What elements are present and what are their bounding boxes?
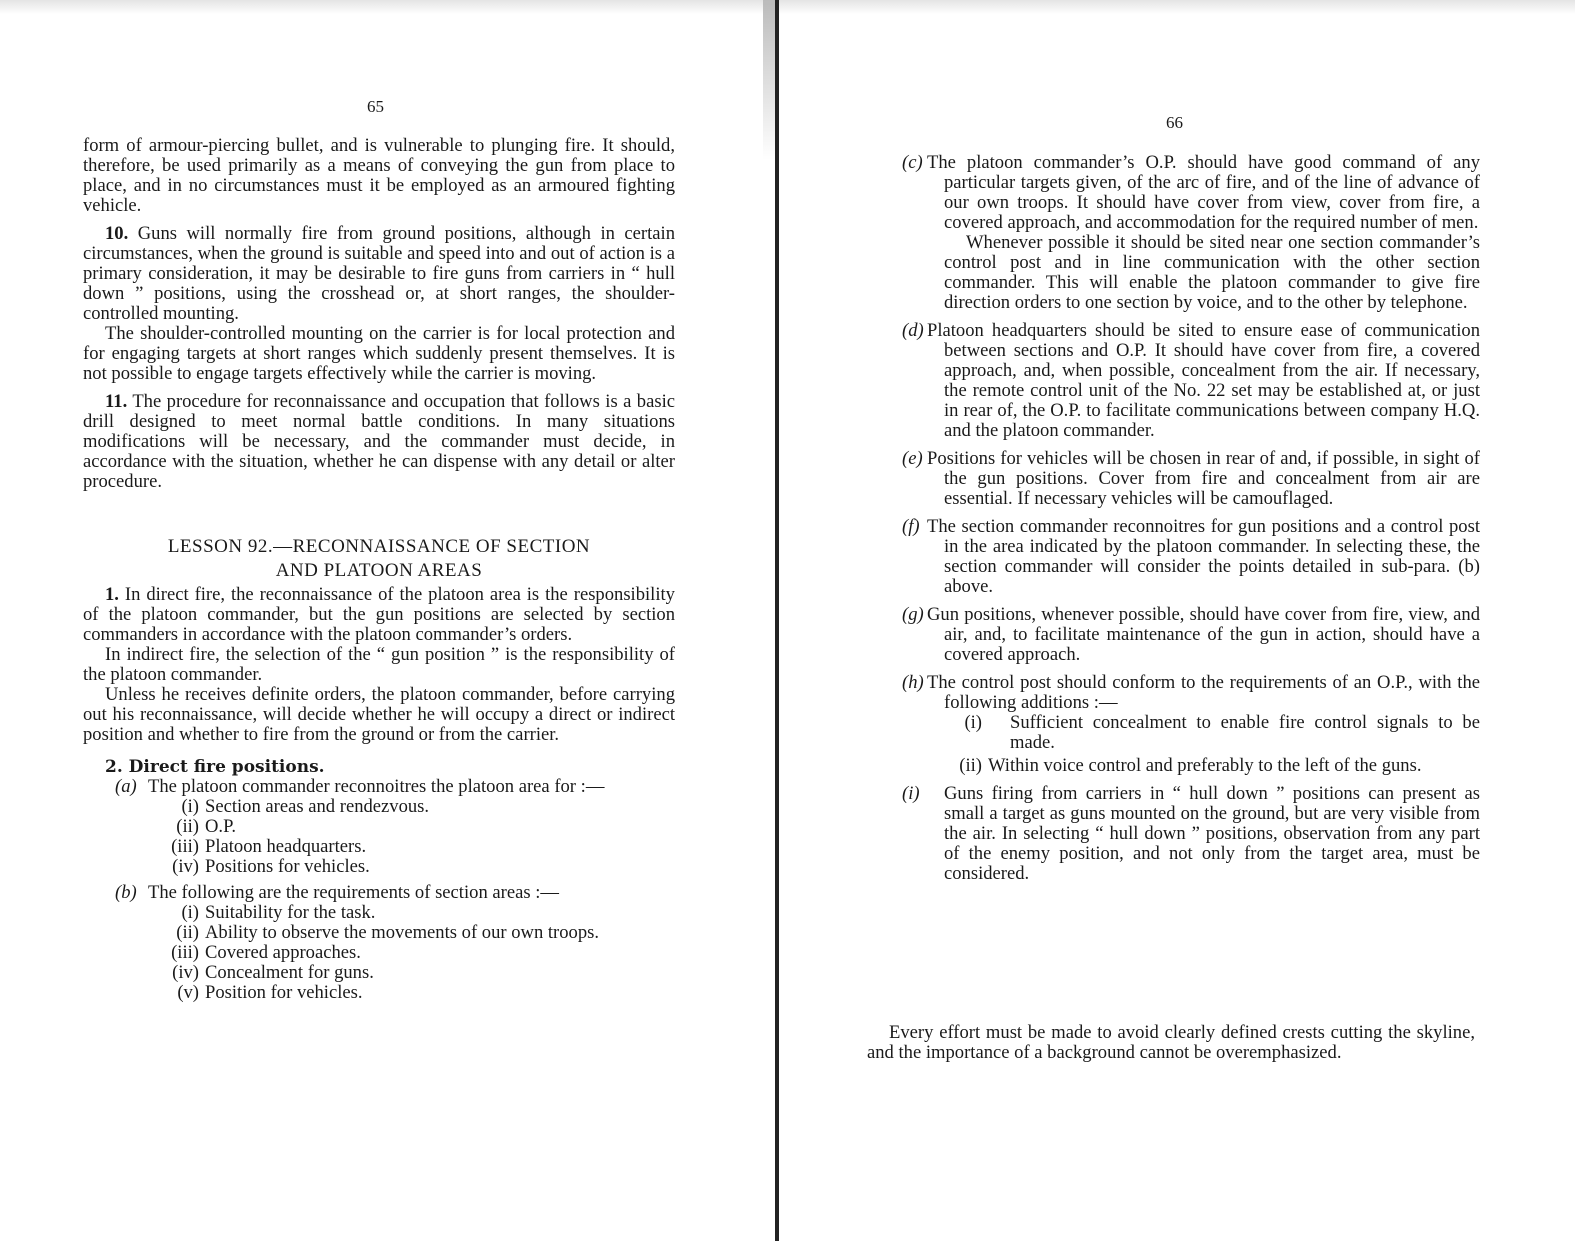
item-text: The control post should conform to the r… xyxy=(927,673,1480,713)
sub-num: (v) xyxy=(165,983,199,1003)
item-label: (i) xyxy=(902,784,920,804)
item-text: Positions for vehicles will be chosen in… xyxy=(927,449,1480,509)
item-text: The platoon commander reconnoitres the p… xyxy=(148,776,604,797)
sub-num: (i) xyxy=(165,797,199,817)
paragraph-text: In direct fire, the reconnaissance of th… xyxy=(83,584,675,645)
book-spine xyxy=(775,0,779,1241)
item-label: (f) xyxy=(902,517,920,537)
sub-text: Suitability for the task. xyxy=(205,902,375,923)
item-label: (g) xyxy=(902,605,924,625)
paragraph-text: Guns will normally fire from ground posi… xyxy=(83,223,675,324)
sub-num: (iii) xyxy=(165,943,199,963)
item-text: Whenever possible it should be sited nea… xyxy=(944,233,1480,313)
sublist-item: (iii)Covered approaches. xyxy=(165,943,675,963)
closing-paragraph: Every effort must be made to avoid clear… xyxy=(867,1023,1475,1063)
sub-text: Ability to observe the movements of our … xyxy=(205,922,599,943)
closing-paragraph-wrap: Every effort must be made to avoid clear… xyxy=(867,1023,1475,1063)
sub-num: (iii) xyxy=(165,837,199,857)
lesson-heading: LESSON 92.—RECONNAISSANCE OF SECTION AND… xyxy=(83,535,675,583)
paragraph-number: 10. xyxy=(105,223,128,244)
paragraph-1b: In indirect fire, the selection of the “… xyxy=(83,645,675,685)
sub-text: O.P. xyxy=(205,816,236,837)
item-text: Guns firing from carriers in “ hull down… xyxy=(944,784,1480,884)
sub-num: (iv) xyxy=(165,963,199,983)
sub-text: Within voice control and preferably to t… xyxy=(988,756,1480,776)
right-page-body: (c) The platoon commander’s O.P. should … xyxy=(906,153,1480,892)
left-page: 65 form of armour-piercing bullet, and i… xyxy=(0,0,777,1241)
item-text: The section commander reconnoitres for g… xyxy=(927,517,1480,597)
sub-text: Covered approaches. xyxy=(205,942,361,963)
left-page-body: form of armour-piercing bullet, and is v… xyxy=(83,136,675,492)
sub-text: Platoon headquarters. xyxy=(205,836,366,857)
list-item-i: (i) Guns firing from carriers in “ hull … xyxy=(906,784,1480,884)
section-heading: 2. Direct fire positions. xyxy=(83,757,675,777)
lesson-heading-line: AND PLATOON AREAS xyxy=(83,559,675,583)
paragraph-10b: The shoulder-controlled mounting on the … xyxy=(83,324,675,384)
list-item-e: (e) Positions for vehicles will be chose… xyxy=(906,449,1480,509)
paragraph-text: The procedure for reconnaissance and occ… xyxy=(83,391,675,492)
right-page: 66 (c) The platoon commander’s O.P. shou… xyxy=(780,0,1575,1241)
sublist-item: (iv)Positions for vehicles. xyxy=(165,857,675,877)
sublist-a: (i)Section areas and rendezvous. (ii)O.P… xyxy=(165,797,675,877)
list-item-c: (c) The platoon commander’s O.P. should … xyxy=(906,153,1480,313)
sub-text: Sufficient concealment to enable fire co… xyxy=(988,713,1480,753)
list-item-h: (h) The control post should conform to t… xyxy=(906,673,1480,776)
paragraph-number: 11. xyxy=(105,391,127,412)
lesson-body: 1. In direct fire, the reconnaissance of… xyxy=(83,585,675,1003)
sub-num: (ii) xyxy=(165,817,199,837)
item-text: Platoon headquarters should be sited to … xyxy=(927,321,1480,441)
lesson-heading-line: LESSON 92.—RECONNAISSANCE OF SECTION xyxy=(83,535,675,559)
sublist-item: (ii)Within voice control and preferably … xyxy=(954,756,1480,776)
item-text: The platoon commander’s O.P. should have… xyxy=(927,153,1480,233)
list-item-d: (d) Platoon headquarters should be sited… xyxy=(906,321,1480,441)
sub-num: (ii) xyxy=(165,923,199,943)
list-item-g: (g) Gun positions, whenever possible, sh… xyxy=(906,605,1480,665)
sub-num: (iv) xyxy=(165,857,199,877)
item-label: (c) xyxy=(902,153,923,173)
sublist-item: (v)Position for vehicles. xyxy=(165,983,675,1003)
paragraph-11: 11. The procedure for reconnaissance and… xyxy=(83,392,675,492)
paragraph-number: 1. xyxy=(105,584,119,605)
item-text: The following are the requirements of se… xyxy=(148,882,559,903)
paragraph-1c: Unless he receives definite orders, the … xyxy=(83,685,675,745)
item-label: (e) xyxy=(902,449,923,469)
item-label: (d) xyxy=(902,321,924,341)
sublist-item: (iii)Platoon headquarters. xyxy=(165,837,675,857)
sub-text: Section areas and rendezvous. xyxy=(205,796,429,817)
sub-num: (ii) xyxy=(954,756,982,776)
item-label: (h) xyxy=(902,673,924,693)
sublist-item: (ii)Ability to observe the movements of … xyxy=(165,923,675,943)
paragraph-10: 10. Guns will normally fire from ground … xyxy=(83,224,675,324)
sublist-h: (i)Sufficient concealment to enable fire… xyxy=(954,713,1480,776)
sub-text: Position for vehicles. xyxy=(205,982,363,1003)
sub-text: Positions for vehicles. xyxy=(205,856,370,877)
sublist-item: (ii)O.P. xyxy=(165,817,675,837)
sublist-item: (i)Suitability for the task. xyxy=(165,903,675,923)
item-label: (b) xyxy=(115,883,137,903)
sub-num: (i) xyxy=(954,713,982,733)
list-item-f: (f) The section commander reconnoitres f… xyxy=(906,517,1480,597)
sublist-item: (i)Sufficient concealment to enable fire… xyxy=(954,713,1480,753)
item-label: (a) xyxy=(115,777,137,797)
sublist-item: (iv)Concealment for guns. xyxy=(165,963,675,983)
sub-text: Concealment for guns. xyxy=(205,962,374,983)
list-item-a: (a) The platoon commander reconnoitres t… xyxy=(115,777,675,797)
list-item-b: (b) The following are the requirements o… xyxy=(115,883,675,903)
item-text: Gun positions, whenever possible, should… xyxy=(927,605,1480,665)
sublist-item: (i)Section areas and rendezvous. xyxy=(165,797,675,817)
page-number: 65 xyxy=(367,97,384,117)
paragraph-1: 1. In direct fire, the reconnaissance of… xyxy=(83,585,675,645)
sub-num: (i) xyxy=(165,903,199,923)
paragraph-continued: form of armour-piercing bullet, and is v… xyxy=(83,136,675,216)
sublist-b: (i)Suitability for the task. (ii)Ability… xyxy=(165,903,675,1003)
page-number: 66 xyxy=(1166,113,1183,133)
